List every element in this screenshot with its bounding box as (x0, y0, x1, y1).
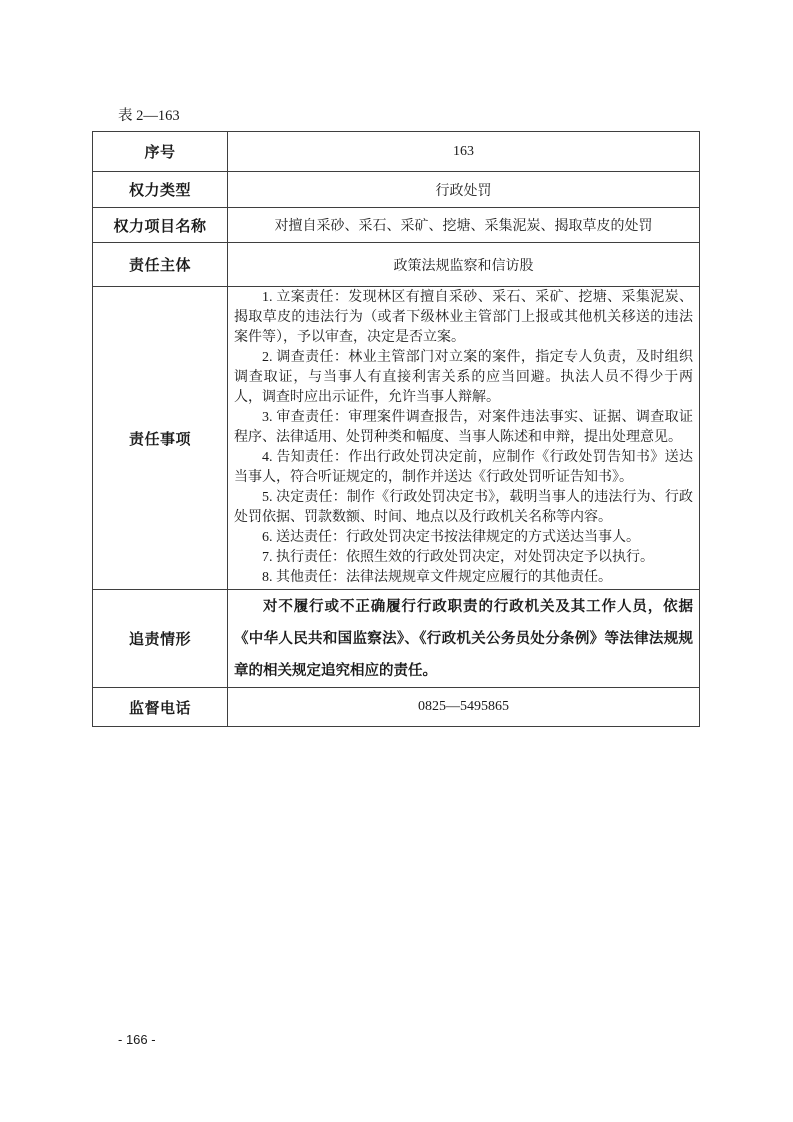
duty-paragraph: 1. 立案责任：发现林区有擅自采砂、采石、采矿、挖塘、采集泥炭、揭取草皮的违法行… (234, 288, 693, 348)
duty-paragraph: 8. 其他责任：法律法规规章文件规定应履行的其他责任。 (234, 568, 693, 588)
row-label: 责任主体 (93, 243, 228, 287)
row-value: 对不履行或不正确履行行政职责的行政机关及其工作人员，依据《中华人民共和国监察法》… (228, 590, 700, 688)
row-value: 行政处罚 (228, 172, 700, 208)
duty-paragraph: 5. 决定责任：制作《行政处罚决定书》，载明当事人的违法行为、行政处罚依据、罚款… (234, 488, 693, 528)
document-page: 表 2—163 序号 163 权力类型 行政处罚 权力项目名称 对擅自采砂、采石… (0, 0, 793, 1122)
duty-paragraph: 3. 审查责任：审理案件调查报告，对案件违法事实、证据、调查取证程序、法律适用、… (234, 408, 693, 448)
table-row-accountability: 追责情形 对不履行或不正确履行行政职责的行政机关及其工作人员，依据《中华人民共和… (93, 590, 700, 688)
table-caption: 表 2—163 (118, 106, 180, 126)
duty-paragraph: 2. 调查责任：林业主管部门对立案的案件，指定专人负责，及时组织调查取证，与当事… (234, 348, 693, 408)
row-label: 责任事项 (93, 287, 228, 590)
table-row-power-type: 权力类型 行政处罚 (93, 172, 700, 208)
duty-paragraph: 7. 执行责任：依照生效的行政处罚决定，对处罚决定予以执行。 (234, 548, 693, 568)
row-value: 0825—5495865 (228, 688, 700, 727)
row-label: 追责情形 (93, 590, 228, 688)
row-label: 监督电话 (93, 688, 228, 727)
table-row-responsible-body: 责任主体 政策法规监察和信访股 (93, 243, 700, 287)
row-label: 权力项目名称 (93, 208, 228, 243)
page-number: - 166 - (118, 1032, 156, 1047)
accountability-paragraph: 对不履行或不正确履行行政职责的行政机关及其工作人员，依据《中华人民共和国监察法》… (234, 591, 693, 687)
responsibility-table: 序号 163 权力类型 行政处罚 权力项目名称 对擅自采砂、采石、采矿、挖塘、采… (92, 131, 700, 727)
table-row-responsibility-items: 责任事项 1. 立案责任：发现林区有擅自采砂、采石、采矿、挖塘、采集泥炭、揭取草… (93, 287, 700, 590)
row-label: 权力类型 (93, 172, 228, 208)
duty-paragraph: 6. 送达责任：行政处罚决定书按法律规定的方式送达当事人。 (234, 528, 693, 548)
duty-paragraph: 4. 告知责任：作出行政处罚决定前，应制作《行政处罚告知书》送达当事人，符合听证… (234, 448, 693, 488)
row-value: 对擅自采砂、采石、采矿、挖塘、采集泥炭、揭取草皮的处罚 (228, 208, 700, 243)
table-row-supervision-phone: 监督电话 0825—5495865 (93, 688, 700, 727)
table-row-serial-number: 序号 163 (93, 132, 700, 172)
row-value: 政策法规监察和信访股 (228, 243, 700, 287)
row-label: 序号 (93, 132, 228, 172)
row-value: 1. 立案责任：发现林区有擅自采砂、采石、采矿、挖塘、采集泥炭、揭取草皮的违法行… (228, 287, 700, 590)
row-value: 163 (228, 132, 700, 172)
table-row-power-item-name: 权力项目名称 对擅自采砂、采石、采矿、挖塘、采集泥炭、揭取草皮的处罚 (93, 208, 700, 243)
